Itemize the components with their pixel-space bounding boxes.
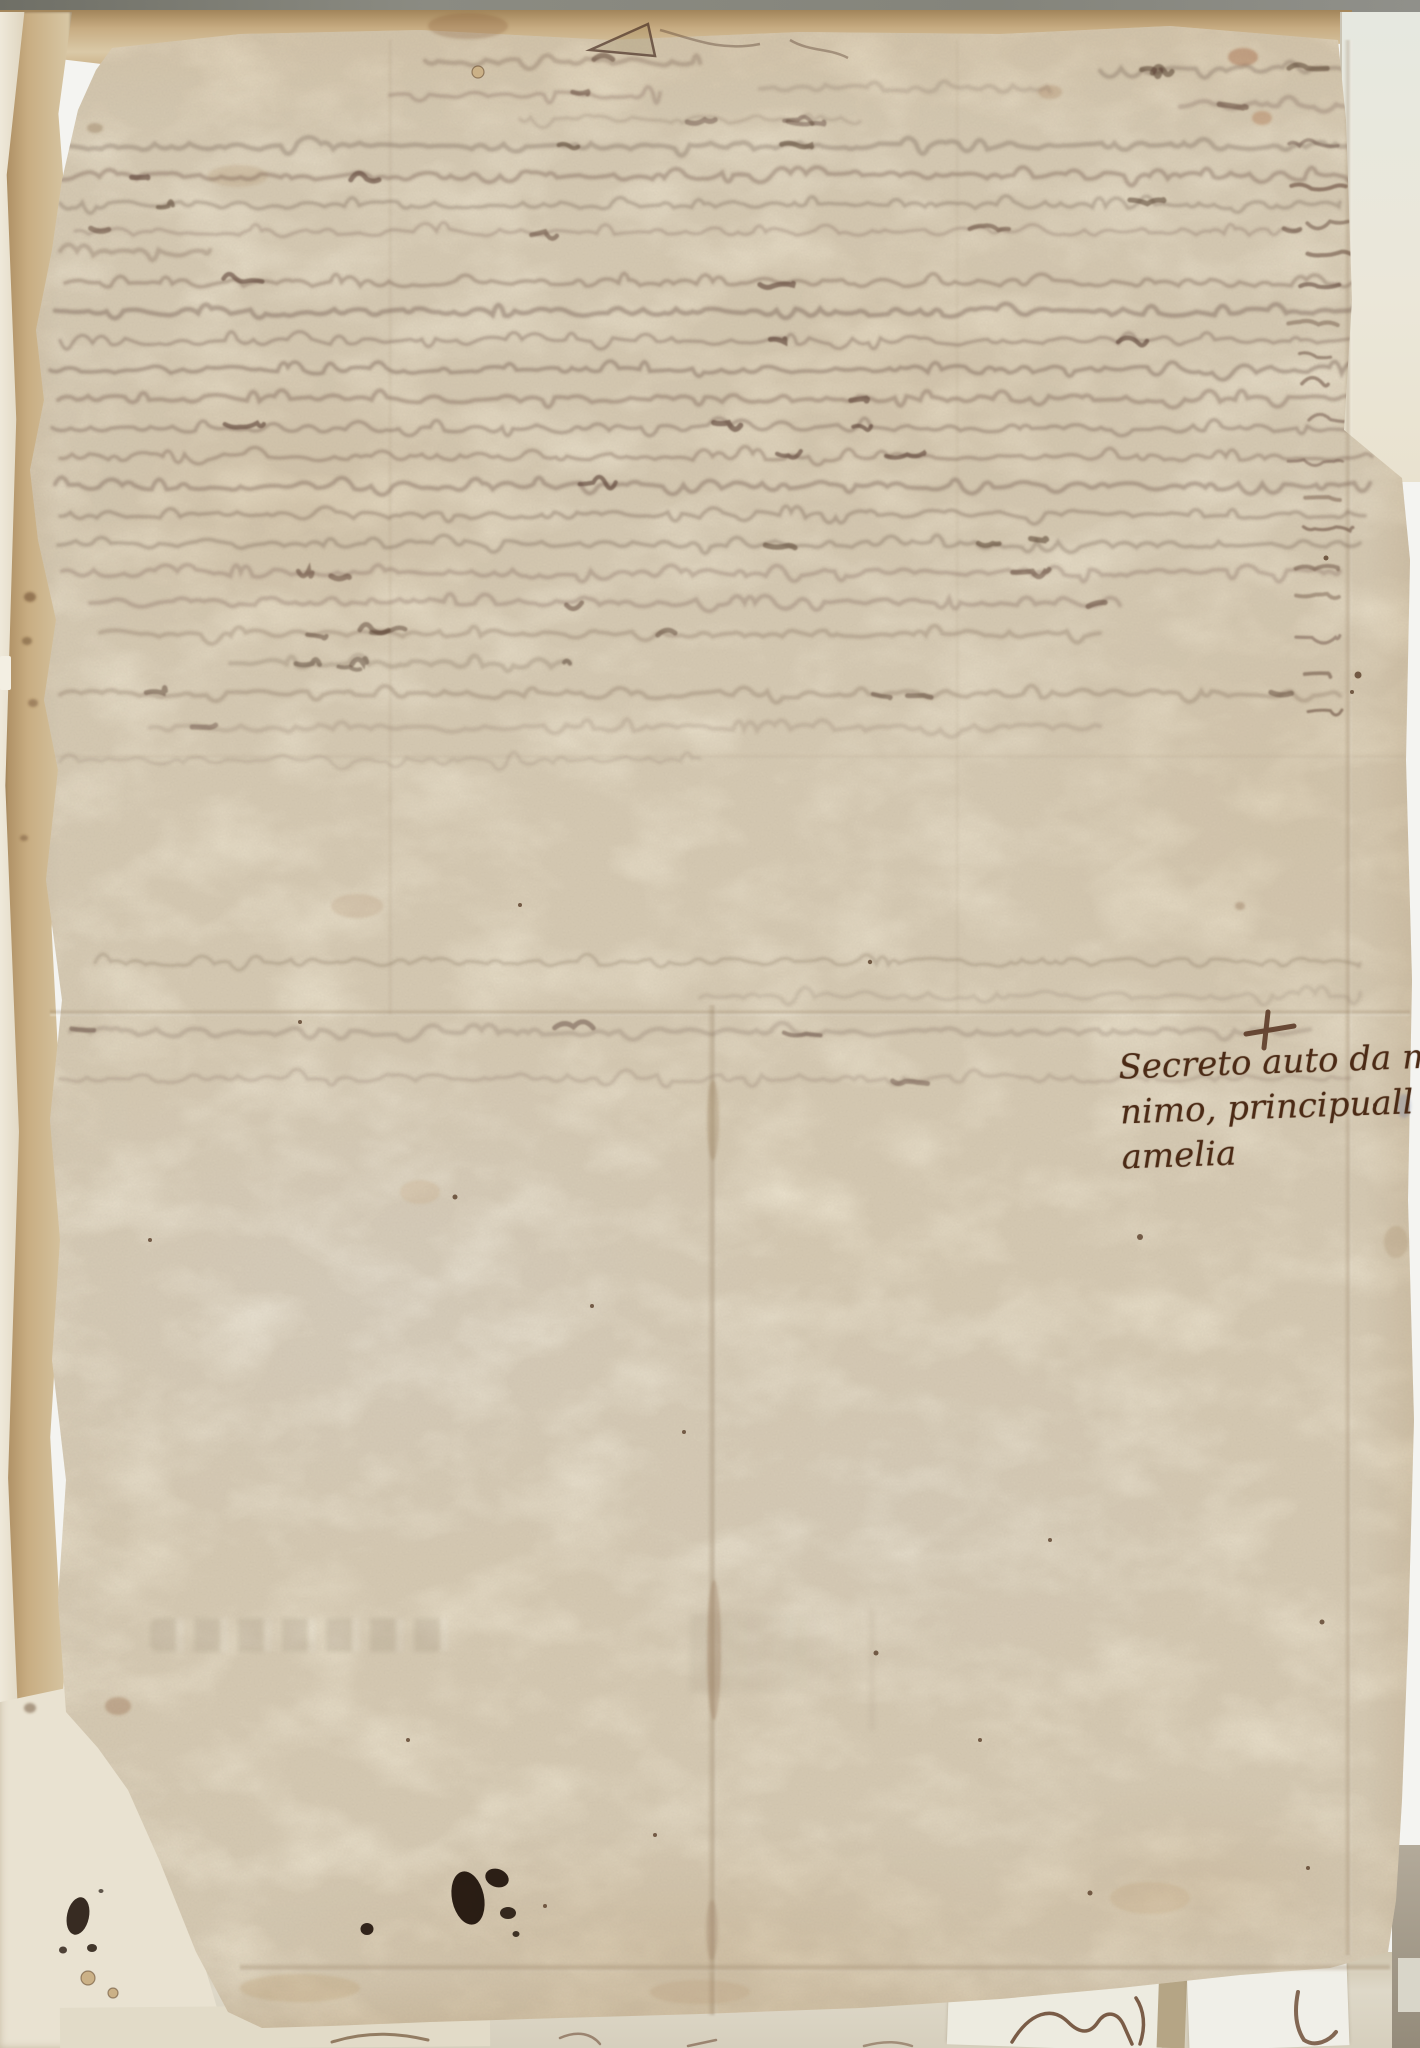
ink-speck [978,1738,982,1742]
under-page-ink-flourish [688,2040,716,2046]
under-page-ink-flourish [1012,2013,1132,2044]
ink-speck [1320,1620,1325,1625]
ink-speck [1048,1538,1052,1542]
ink-speck [453,1195,458,1200]
ink-speck [682,1430,686,1434]
ink-blot [513,1931,520,1937]
ink-and-texture-layer [0,0,1420,2048]
ink-blot [63,1895,92,1937]
ink-speck [874,1651,879,1656]
document-scan: Secreto auto da m nimo, principuall amel… [0,0,1420,2048]
ink-speck [148,1238,152,1242]
ink-speck [406,1738,410,1742]
under-page-ink-flourish [332,2034,428,2042]
worm-hole [81,1971,95,1985]
ink-blot [99,1889,104,1893]
ink-blot [87,1944,97,1952]
worm-hole [472,66,484,78]
ink-speck [543,1904,547,1908]
under-page-ink-flourish [864,2042,912,2046]
ink-blot [59,1947,67,1954]
ink-speck [1355,672,1362,679]
worm-hole [108,1988,118,1998]
ink-speck [1350,690,1354,694]
ink-speck [1137,1234,1143,1240]
under-page-ink-flourish [1296,1992,1336,2043]
under-page-ink-flourish [560,2034,600,2044]
ink-blot [500,1907,516,1919]
ink-speck [518,903,522,907]
ink-speck [590,1304,594,1308]
ink-speck [1324,556,1329,561]
ink-speck [298,1020,302,1024]
under-page-ink-flourish [1136,1998,1143,2044]
ink-speck [1306,1866,1310,1870]
ink-blot [361,1923,374,1935]
ink-speck [653,1833,657,1837]
marginal-annotation: Secreto auto da m nimo, principuall amel… [1118,1035,1420,1181]
ink-speck [1088,1891,1093,1896]
ink-speck [868,960,872,964]
